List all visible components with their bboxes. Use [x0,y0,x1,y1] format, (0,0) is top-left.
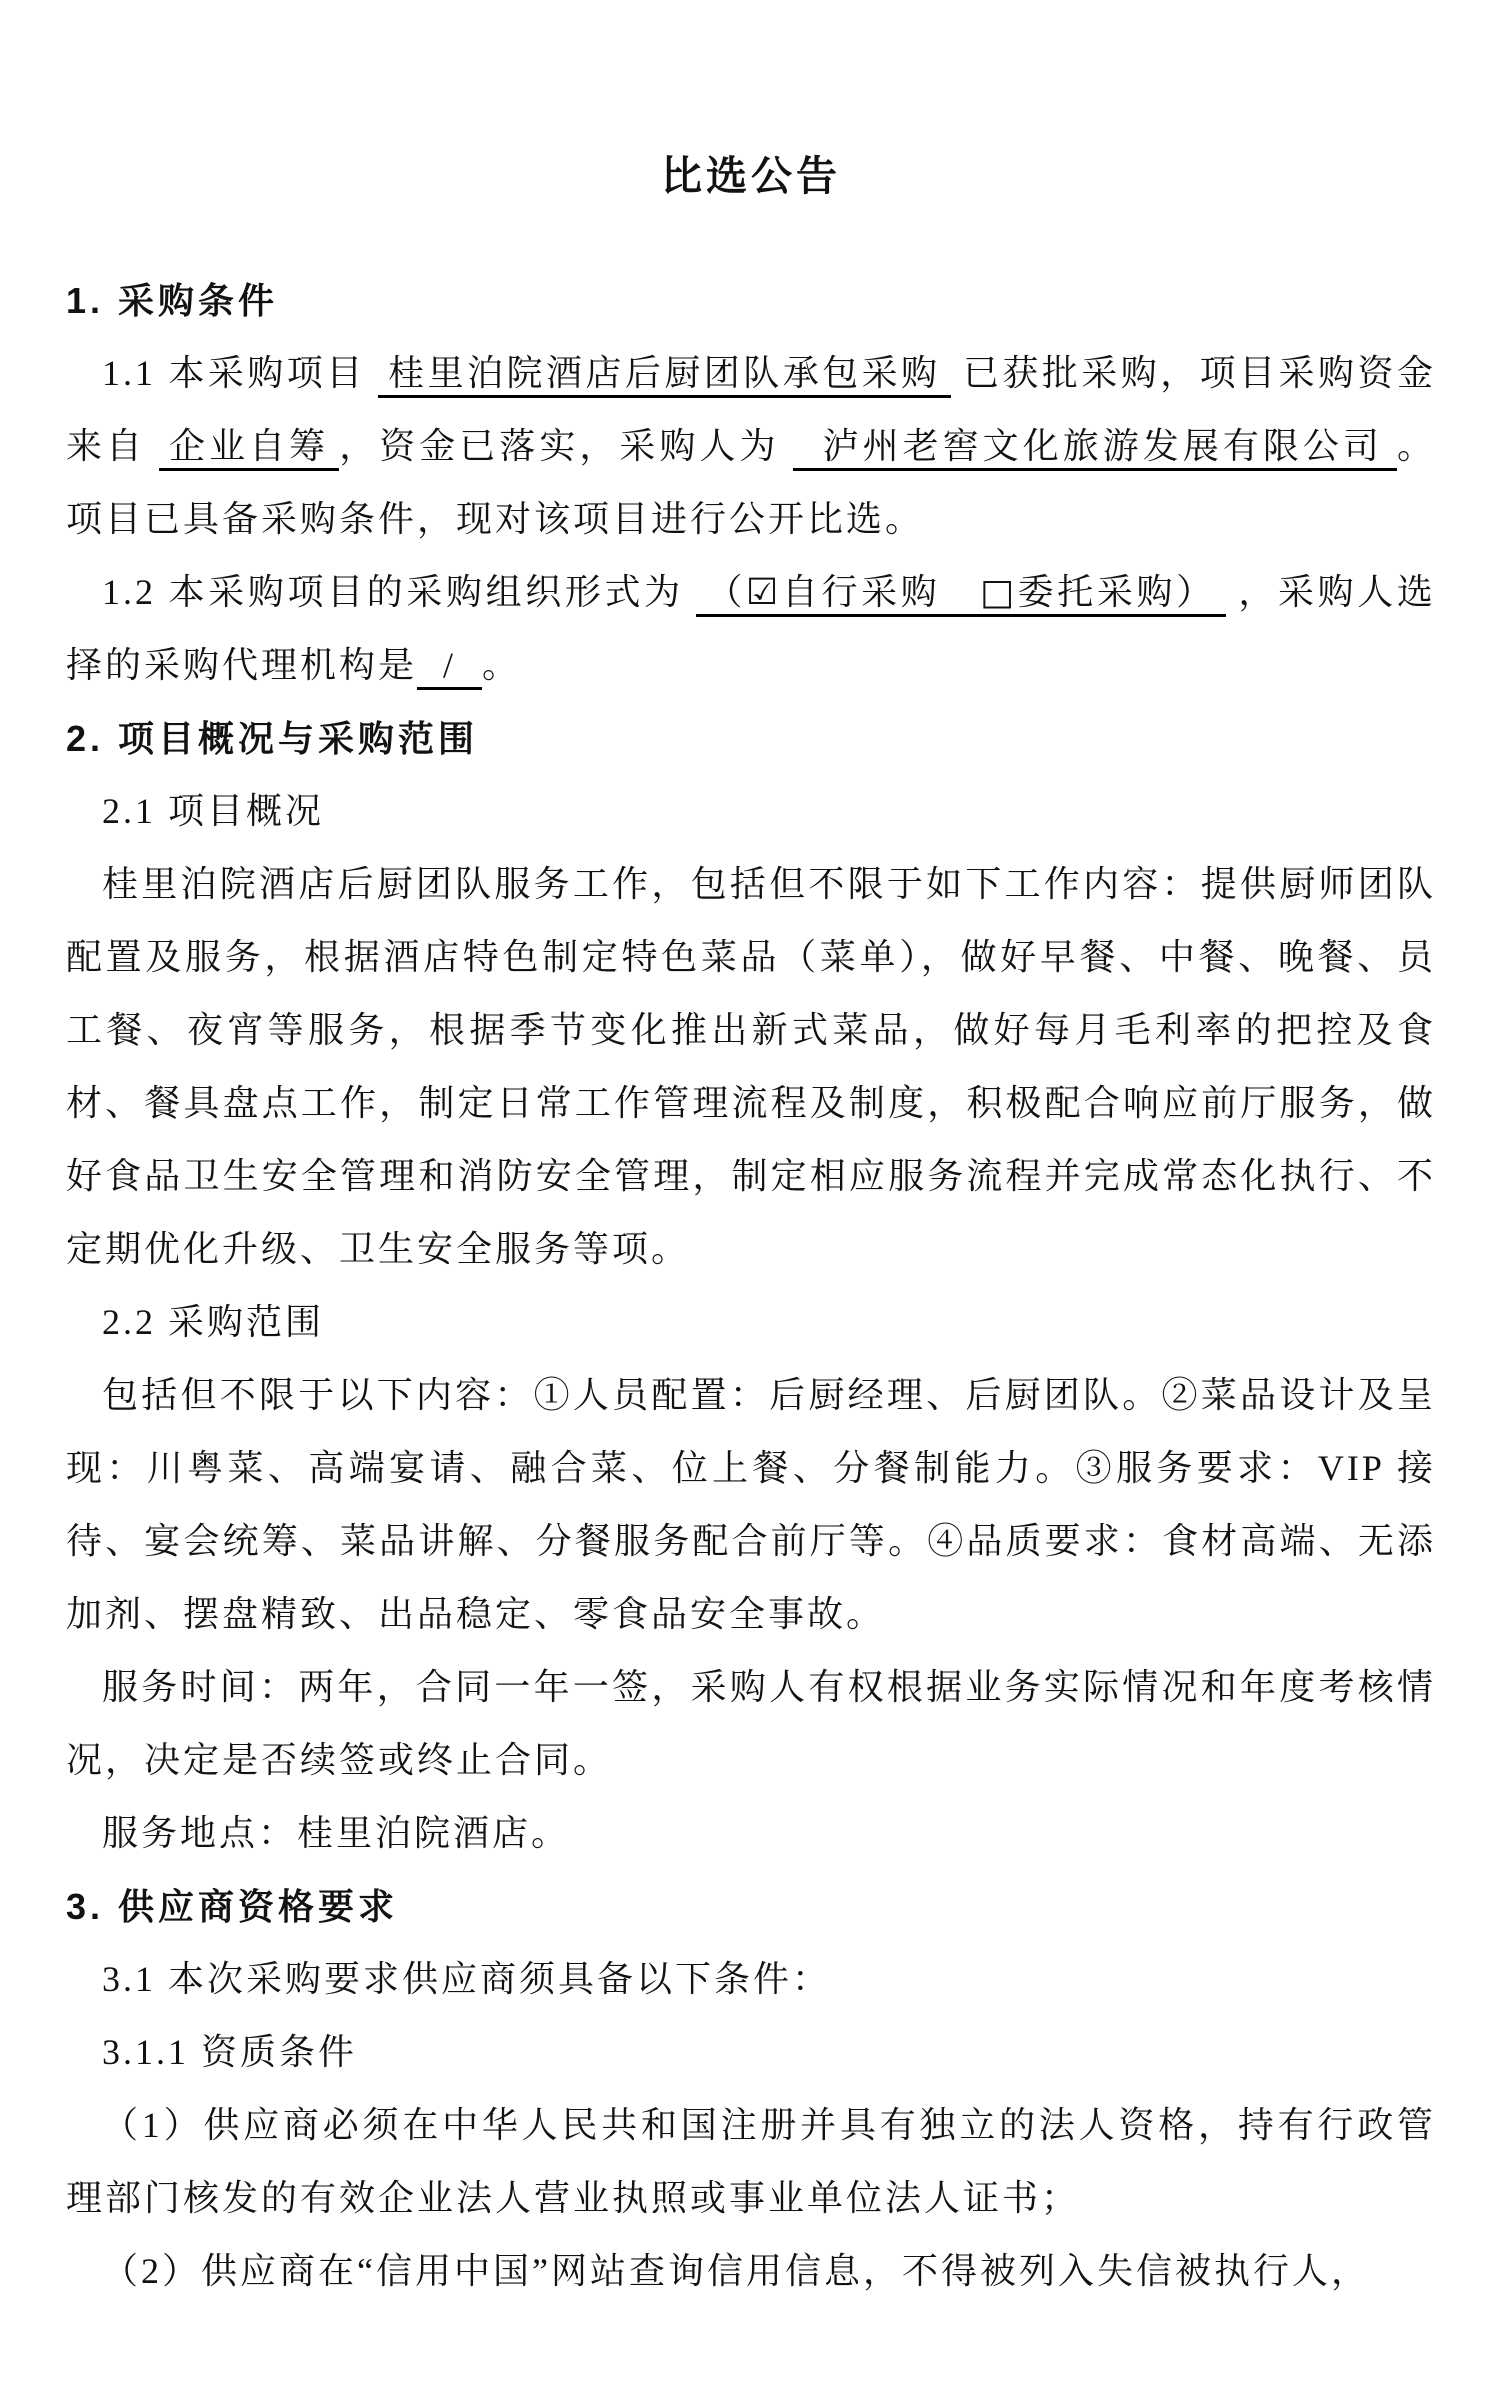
checkbox-checked-icon: ☑ [746,572,781,613]
paragraph-service-time: 服务时间：两年，合同一年一签，采购人有权根据业务实际情况和年度考核情况，决定是否… [66,1651,1436,1797]
p11-prefix: 1.1 本采购项目 [102,353,366,393]
paragraph-qualification-item-2: （2）供应商在“信用中国”网站查询信用信息，不得被列入失信被执行人， [66,2235,1436,2308]
p12-suffix: 。 [482,645,521,685]
subsection-2-2-heading: 2.2 采购范围 [66,1286,1436,1359]
paragraph-procurement-scope: 包括但不限于以下内容：①人员配置：后厨经理、后厨团队。②菜品设计及呈现：川粤菜、… [66,1359,1436,1651]
document-title: 比选公告 [66,140,1436,213]
section-1-heading: 1. 采购条件 [66,264,1436,337]
paragraph-1-1: 1.1 本采购项目 桂里泊院酒店后厨团队承包采购 已获批采购，项目采购资金来自 … [66,337,1436,556]
org-form-open-paren: （ [706,572,746,612]
document-page: 比选公告 1. 采购条件 1.1 本采购项目 桂里泊院酒店后厨团队承包采购 已获… [0,0,1500,2406]
org-form-field: （☑自行采购 □委托采购） [696,572,1225,617]
paragraph-qualification-item-1: （1）供应商必须在中华人民共和国注册并具有独立的法人资格，持有行政管理部门核发的… [66,2089,1436,2235]
section-2-heading: 2. 项目概况与采购范围 [66,702,1436,775]
section-3-heading: 3. 供应商资格要求 [66,1870,1436,1943]
project-name-field: 桂里泊院酒店后厨团队承包采购 [378,353,950,398]
agency-field: / [417,645,482,690]
paragraph-3-1: 3.1 本次采购要求供应商须具备以下条件： [66,1943,1436,2016]
paragraph-project-overview: 桂里泊院酒店后厨团队服务工作，包括但不限于如下工作内容：提供厨师团队配置及服务，… [66,848,1436,1286]
subsection-3-1-1-heading: 3.1.1 资质条件 [66,2016,1436,2089]
org-form-separator [940,572,980,612]
checkbox-unchecked-icon: □ [980,572,1018,613]
org-form-close-paren: ） [1176,572,1216,612]
paragraph-service-place: 服务地点：桂里泊院酒店。 [66,1797,1436,1870]
purchaser-field: 泸州老窖文化旅游发展有限公司 [793,426,1397,471]
p11-mid2: ，资金已落实，采购人为 [339,426,779,466]
self-procurement-label: 自行采购 [781,572,940,612]
delegated-procurement-label: 委托采购 [1018,572,1177,612]
subsection-2-1-heading: 2.1 项目概况 [66,775,1436,848]
paragraph-1-2: 1.2 本采购项目的采购组织形式为 （☑自行采购 □委托采购） ，采购人选择的采… [66,556,1436,702]
p11-mid1: 已获批采购，项目采购资 [963,353,1397,393]
p12-prefix: 1.2 本采购项目的采购组织形式为 [102,572,684,612]
fund-source-field: 企业自筹 [159,426,339,471]
